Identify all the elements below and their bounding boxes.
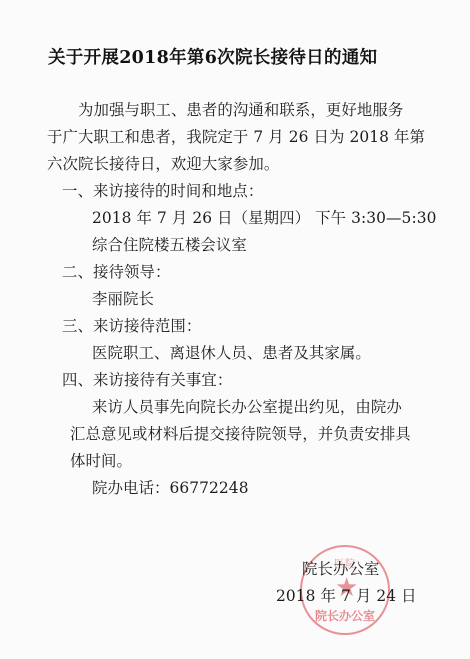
section-3-scope: 医院职工、离退休人员、患者及其家属。 xyxy=(92,341,371,363)
section-2-leader: 李丽院长 xyxy=(92,287,154,309)
seal-bottom-text: 院长办公室 xyxy=(302,607,388,624)
section-4-line-1: 来访人员事先向院长办公室提出约见，由院办 xyxy=(92,395,402,417)
section-3-heading: 三、来访接待范围： xyxy=(62,314,201,336)
section-1-location: 综合住院楼五楼会议室 xyxy=(92,233,247,255)
notice-page: 关于开展2018年第6次院长接待日的通知 为加强与职工、患者的沟通和联系，更好地… xyxy=(0,0,470,659)
section-4-line-3: 体时间。 xyxy=(70,449,132,471)
section-1-heading: 一、来访接待的时间和地点： xyxy=(62,179,263,201)
signature-office: 院长办公室 xyxy=(302,557,379,579)
section-2-heading: 二、接待领导： xyxy=(62,260,170,282)
section-4-heading: 四、来访接待有关事宜： xyxy=(62,368,232,390)
section-1-time: 2018 年 7 月 26 日（星期四） 下午 3:30—5:30 xyxy=(92,206,437,228)
notice-title: 关于开展2018年第6次院长接待日的通知 xyxy=(48,44,410,69)
intro-line-2: 于广大职工和患者，我院定于 7 月 26 日为 2018 年第 xyxy=(47,125,425,147)
intro-line-3: 六次院长接待日，欢迎大家参加。 xyxy=(47,152,279,174)
office-phone: 院办电话：66772248 xyxy=(92,476,249,498)
signature-date: 2018 年 7 月 24 日 xyxy=(276,584,417,606)
intro-line-1: 为加强与职工、患者的沟通和联系，更好地服务 xyxy=(78,98,403,120)
section-4-line-2: 汇总意见或材料后提交接待院领导，并负责安排具 xyxy=(70,422,411,444)
